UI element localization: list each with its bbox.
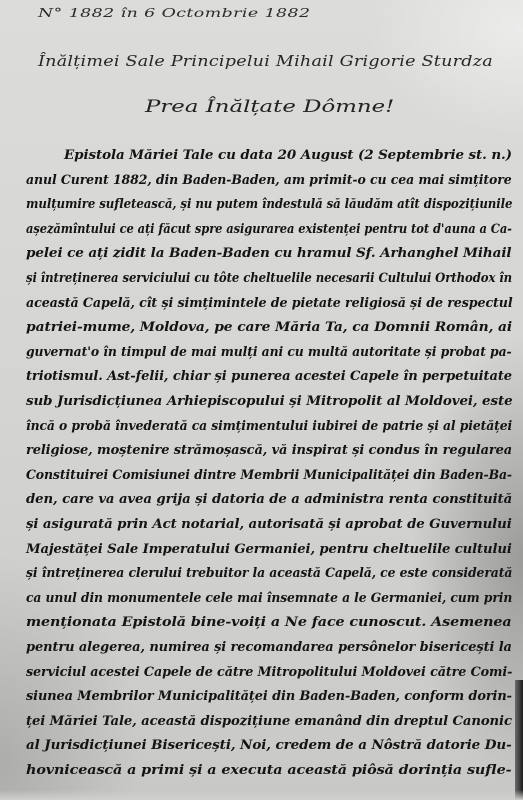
body-line: și întreținerea serviciului cu tôte chel… [26, 271, 512, 286]
salutation: Prea Înălțate Dômne! [145, 97, 394, 117]
body-line: Majestăței Sale Imperatului Germaniei, p… [26, 542, 512, 557]
body-line: această Capelă, cît și simțimintele de p… [26, 296, 513, 311]
body-line: ca unul din monumentele cele mai însemna… [26, 591, 512, 606]
body-line: Epistola Măriei Tale cu data 20 August (… [64, 148, 512, 163]
body-line: siunea Membrilor Municipalităței din Bad… [26, 689, 512, 704]
body-line: ței Măriei Tale, această dispozițiune em… [26, 714, 512, 729]
body-line: serviciul acestei Capele de către Mitrop… [26, 665, 512, 680]
body-line: și întreținerea clerului trebuitor la ac… [26, 566, 512, 581]
page-edge-shadow [515, 680, 523, 800]
body-line: sub Jurisdicțiunea Arhiepiscopului și Mi… [26, 394, 513, 409]
addressee-line: Înălțimei Sale Principelui Mihail Grigor… [38, 52, 493, 70]
reference-line: N° 1882 în 6 Octombrie 1882 [38, 6, 310, 20]
body-line: den, care va avea grija și datoria de a … [26, 492, 512, 507]
body-line: Constituirei Comisiunei dintre Membrii M… [26, 468, 512, 483]
page-bottom-fade [0, 790, 523, 800]
body-line: pelei ce ați zidit la Baden-Baden cu hra… [26, 246, 511, 261]
body-line: așezămîntului ce ați făcut spre asigurar… [26, 222, 512, 237]
document-page: N° 1882 în 6 Octombrie 1882 Înălțimei Sa… [0, 0, 523, 800]
body-line: anul Curent 1882, din Baden-Baden, am pr… [26, 173, 512, 188]
body-line: pentru alegerea, numirea și recomandarea… [26, 640, 512, 655]
body-line: menționata Epistolă bine-voiți a Ne face… [26, 615, 512, 630]
body-line: încă o probă învederată ca simțimentului… [26, 419, 512, 434]
body-line: al Jurisdicțiunei Bisericești, Noi, cred… [26, 738, 512, 753]
body-line: patriei-mume, Moldova, pe care Măria Ta,… [26, 320, 512, 335]
body-line: guvernat'o în timpul de mai mulți ani cu… [26, 345, 512, 360]
body-line: hovnicească a primi și a executa această… [26, 763, 511, 778]
body-line: mulțumire sufletească, și nu putem îndes… [26, 197, 512, 212]
body-line: religiose, moștenire strămoșască, vă ins… [26, 443, 512, 458]
body-line: și asigurată prin Act notarial, autorisa… [26, 517, 512, 532]
body-line: triotismul. Ast-felii, chiar și punerea … [26, 369, 512, 384]
